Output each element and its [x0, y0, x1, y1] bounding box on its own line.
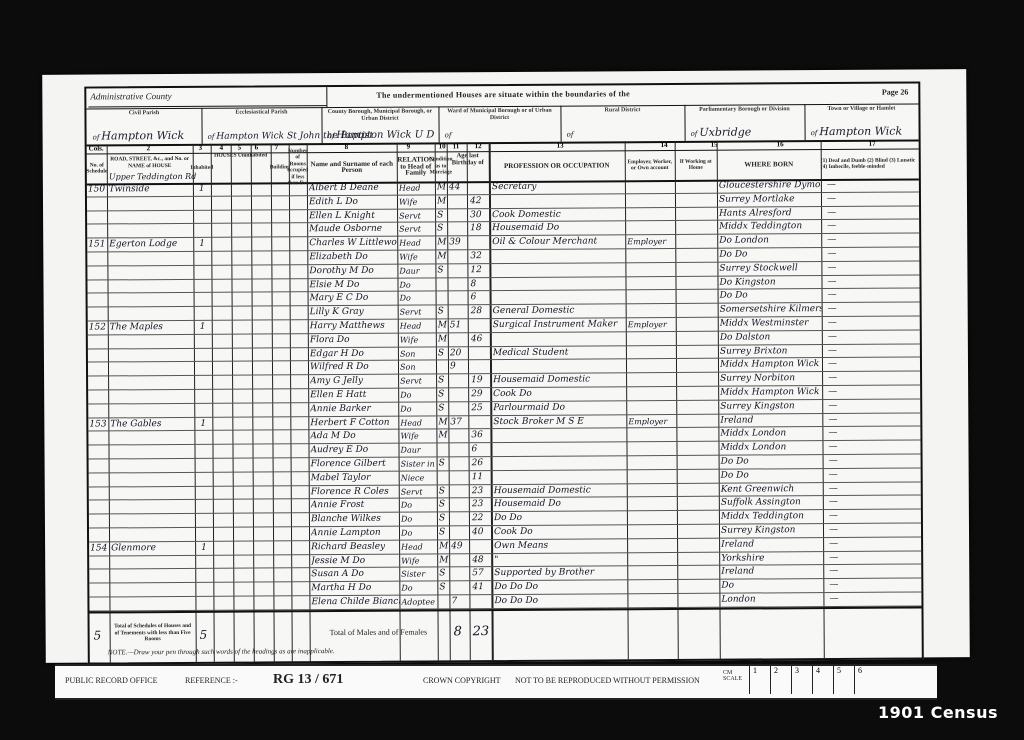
scale-mark: 1: [749, 666, 769, 694]
office-label: PUBLIC RECORD OFFICE: [65, 676, 157, 685]
cell-rel: Wife: [401, 554, 437, 566]
cell-rel: Do: [401, 499, 437, 511]
infirmity-dash: —: [827, 179, 836, 191]
cell-occ: ": [494, 553, 627, 566]
cell-born: Middx Teddington: [719, 220, 821, 233]
cell-born: Do London: [719, 234, 821, 247]
cell-name: Jessie M Do: [311, 554, 399, 567]
cell-inh: 1: [199, 238, 209, 250]
cell-name: Elsie M Do: [309, 278, 397, 291]
cell-male: 7: [451, 595, 469, 607]
cell-male: [450, 388, 468, 400]
cell-house: Glenmore: [111, 542, 195, 555]
cell-sched: [88, 280, 106, 292]
cell-occ: Own Means: [494, 539, 627, 552]
cell-house: [111, 500, 195, 513]
cell-inh: [200, 335, 210, 347]
cell-female: [470, 236, 488, 248]
cell-emp: [629, 497, 677, 509]
cell-name: Susan A Do: [311, 568, 399, 581]
cell-house: The Maples: [110, 321, 194, 334]
cell-house: The Gables: [110, 417, 194, 430]
cell-name: Annie Frost: [311, 499, 399, 512]
cell-name: Elizabeth Do: [309, 251, 397, 264]
cell-house: [110, 335, 194, 348]
cell-born: Surrey Kingston: [721, 524, 823, 537]
cell-inh: [199, 197, 209, 209]
cell-inh: [200, 376, 210, 388]
cell-rel: Sister: [401, 568, 437, 580]
cell-male: [450, 374, 468, 386]
cell-rel: Son: [400, 347, 436, 359]
cell-occ: Secretary: [492, 180, 625, 193]
cell-cond: S: [439, 568, 449, 580]
census-caption: 1901 Census: [878, 703, 998, 722]
cell-male: [451, 512, 469, 524]
cell-sched: [90, 570, 108, 582]
cell-female: 26: [472, 457, 490, 469]
cell-inh: [199, 224, 209, 236]
cell-sched: [88, 211, 106, 223]
cell-female: 48: [472, 554, 490, 566]
cell-house: [109, 252, 193, 265]
cell-male: [450, 443, 468, 455]
cell-occ: Surgical Instrument Maker: [493, 318, 626, 331]
cell-cond: S: [438, 306, 448, 318]
cell-born: Middx Hampton Wick: [720, 358, 822, 371]
infirmity-dash: —: [827, 234, 836, 246]
cell-inh: [200, 390, 210, 402]
cell-rel: Head: [399, 181, 435, 193]
cell-male: [450, 292, 468, 304]
cell-born: Middx Westminster: [720, 317, 822, 330]
cell-name: Martha H Do: [311, 582, 399, 595]
infirmity-dash: —: [829, 579, 838, 591]
cell-house: [110, 307, 194, 320]
cell-house: [109, 280, 193, 293]
scale-label: CM SCALE: [723, 670, 747, 682]
cell-rel: Adoptee: [401, 595, 437, 607]
cell-occ: Do Do Do: [494, 580, 627, 593]
cell-inh: 1: [199, 183, 209, 195]
cell-cond: M: [438, 416, 448, 428]
cell-inh: [201, 528, 211, 540]
cell-emp: [628, 401, 676, 413]
cell-rel: Niece: [401, 471, 437, 483]
cell-cond: M: [439, 540, 449, 552]
cell-male: [450, 333, 468, 345]
cell-rel: Do: [401, 582, 437, 594]
cell-female: [470, 181, 488, 193]
civil-parish: Civil Parish ofHampton Wick: [86, 108, 202, 145]
cell-occ: Housemaid Domestic: [493, 373, 626, 386]
cell-rel: Wife: [400, 333, 436, 345]
road-heading-value: Upper Teddington Rd: [109, 170, 197, 183]
cell-emp: [629, 456, 677, 468]
cell-cond: S: [439, 457, 449, 469]
cell-male: [451, 581, 469, 593]
cell-emp: Employer: [628, 415, 676, 427]
cell-sched: [88, 252, 106, 264]
cell-name: Dorothy M Do: [309, 264, 397, 277]
infirmity-dash: —: [828, 386, 837, 398]
cell-name: Florence R Coles: [311, 485, 399, 498]
cell-occ: Cook Do: [493, 387, 626, 400]
cell-female: 29: [471, 388, 489, 400]
cell-name: Mabel Taylor: [311, 471, 399, 484]
cell-occ: [492, 277, 625, 290]
cell-inh: [201, 459, 211, 471]
cell-cond: [439, 595, 449, 607]
cell-male: [451, 499, 469, 511]
cell-house: [109, 211, 193, 224]
cell-name: Wilfred R Do: [310, 361, 398, 374]
cell-female: 28: [471, 305, 489, 317]
cell-sched: [89, 363, 107, 375]
cell-rel: Head: [400, 416, 436, 428]
persons-label: Total of Males and of Females: [330, 627, 427, 637]
cell-cond: S: [437, 223, 447, 235]
cell-rel: Daur: [399, 264, 435, 276]
cell-occ: [493, 332, 626, 345]
cell-inh: [201, 583, 211, 595]
cell-occ: Stock Broker M S E: [493, 415, 626, 428]
cell-name: Florence Gilbert: [311, 458, 399, 471]
scale-mark: 6: [854, 666, 874, 694]
cell-born: Ireland: [721, 538, 823, 551]
cell-cond: S: [439, 499, 449, 511]
cell-female: [471, 347, 489, 359]
cell-name: Richard Beasley: [311, 540, 399, 553]
infirmity-dash: —: [827, 248, 836, 260]
infirmity-dash: —: [828, 358, 837, 370]
cell-rel: Servt: [400, 306, 436, 318]
cell-house: [109, 224, 193, 237]
cell-rel: Do: [400, 402, 436, 414]
boundary-text: The undermentioned Houses are situate wi…: [376, 89, 630, 100]
cell-female: 36: [471, 429, 489, 441]
cell-inh: [199, 266, 209, 278]
cell-sched: 150: [88, 183, 106, 195]
cell-female: 12: [470, 264, 488, 276]
reference-value: RG 13 / 671: [273, 672, 343, 688]
archive-footer: PUBLIC RECORD OFFICE REFERENCE :- RG 13 …: [55, 664, 937, 700]
cell-emp: Employer: [628, 318, 676, 330]
cell-born: Middx London: [720, 427, 822, 440]
cell-inh: [200, 431, 210, 443]
cell-name: Edgar H Do: [310, 347, 398, 360]
cell-sched: [90, 584, 108, 596]
infirmity-dash: —: [829, 510, 838, 522]
schedules-total: 5: [94, 629, 102, 641]
cell-emp: [629, 525, 677, 537]
cell-sched: [90, 501, 108, 513]
cell-female: 42: [470, 195, 488, 207]
cell-born: Somersetshire Kilmersdon: [720, 303, 822, 316]
cell-male: [450, 402, 468, 414]
cell-house: [110, 445, 194, 458]
cell-cond: M: [438, 430, 448, 442]
scale-mark: 3: [791, 666, 811, 694]
cell-sched: [90, 459, 108, 471]
cell-name: Ellen E Hatt: [310, 389, 398, 402]
cell-female: 41: [472, 581, 490, 593]
cell-name: Edith L Do: [309, 195, 397, 208]
census-form: Administrative County The undermentioned…: [84, 81, 924, 664]
cell-born: Do Kingston: [719, 276, 821, 289]
cell-rel: Head: [399, 237, 435, 249]
cell-name: Amy G Jelly: [310, 375, 398, 388]
cell-male: 49: [451, 540, 469, 552]
cell-inh: [200, 307, 210, 319]
cell-sched: [88, 197, 106, 209]
cell-sched: [89, 349, 107, 361]
cell-inh: [200, 404, 210, 416]
ecclesiastical-parish: Ecclesiastical Parish ofHampton Wick St …: [201, 107, 322, 144]
cell-inh: 1: [200, 321, 210, 333]
cell-male: [451, 554, 469, 566]
cell-cond: S: [438, 375, 448, 387]
cell-inh: 1: [201, 542, 211, 554]
cell-occ: Housemaid Do: [492, 222, 625, 235]
cell-rel: Wife: [399, 250, 435, 262]
cell-emp: [629, 539, 677, 551]
cell-male: [449, 264, 467, 276]
cell-inh: [199, 210, 209, 222]
cell-male: 44: [449, 181, 467, 193]
cell-house: [110, 362, 194, 375]
cell-house: [111, 597, 195, 610]
cell-male: [450, 430, 468, 442]
cell-female: [471, 360, 489, 372]
cell-cond: S: [438, 402, 448, 414]
males-total: 8: [454, 625, 462, 637]
cell-rel: Do: [401, 526, 437, 538]
cell-rel: Head: [401, 540, 437, 552]
infirmity-dash: —: [827, 220, 836, 232]
cell-emp: [629, 553, 677, 565]
cell-sched: [89, 377, 107, 389]
cell-female: 40: [472, 526, 490, 538]
rural-district: Rural District of: [560, 105, 685, 142]
cell-cond: M: [437, 195, 447, 207]
cell-female: 19: [471, 374, 489, 386]
cell-cond: S: [439, 526, 449, 538]
cell-occ: [492, 249, 625, 262]
cell-born: Surrey Norbiton: [720, 372, 822, 385]
cell-cond: M: [437, 181, 447, 193]
cell-cond: M: [438, 333, 448, 345]
cell-female: 30: [470, 209, 488, 221]
cell-occ: Oil & Colour Merchant: [492, 235, 625, 248]
cell-name: Audrey E Do: [310, 444, 398, 457]
cell-born: London: [721, 593, 823, 606]
cell-house: [109, 266, 193, 279]
cell-emp: [628, 290, 676, 302]
cell-occ: [492, 263, 625, 276]
cell-name: Albert B Deane: [309, 182, 397, 195]
cell-born: Surrey Brixton: [720, 345, 822, 358]
cell-male: 20: [450, 347, 468, 359]
cell-rel: Servt: [400, 375, 436, 387]
cell-name: Flora Do: [310, 333, 398, 346]
cell-male: [451, 457, 469, 469]
cell-emp: [628, 428, 676, 440]
cell-cond: M: [437, 250, 447, 262]
cell-cond: M: [438, 319, 448, 331]
permission-label: NOT TO BE REPRODUCED WITHOUT PERMISSION: [515, 676, 700, 685]
cell-born: Ireland: [720, 414, 822, 427]
cell-cond: S: [437, 209, 447, 221]
cell-house: [111, 528, 195, 541]
cell-rel: Servt: [401, 485, 437, 497]
infirmity-dash: —: [829, 565, 838, 577]
cell-occ: Do Do Do: [494, 594, 627, 607]
infirmity-dash: —: [827, 207, 836, 219]
cell-house: [111, 555, 195, 568]
urban-district: County Borough, Municipal Borough, or Ur…: [321, 106, 439, 143]
cell-cond: M: [437, 237, 447, 249]
cell-inh: 1: [200, 417, 210, 429]
infirmity-dash: —: [829, 455, 838, 467]
cell-house: Egerton Lodge: [109, 238, 193, 251]
cell-emp: [628, 346, 676, 358]
cell-emp: [627, 277, 675, 289]
cell-house: [111, 583, 195, 596]
cell-sched: [90, 528, 108, 540]
cell-name: Elena Childe Bianchi: [311, 596, 399, 609]
cell-cond: S: [439, 513, 449, 525]
cell-female: 25: [471, 402, 489, 414]
cell-female: 23: [472, 498, 490, 510]
cell-occ: Supported by Brother: [494, 567, 627, 580]
cell-emp: [628, 387, 676, 399]
cell-male: 37: [450, 416, 468, 428]
cell-sched: [90, 515, 108, 527]
cell-male: [449, 209, 467, 221]
cell-emp: [628, 373, 676, 385]
cell-born: Ireland: [721, 565, 823, 578]
cell-house: [111, 486, 195, 499]
cell-sched: [89, 404, 107, 416]
cell-female: 18: [470, 222, 488, 234]
infirmity-dash: —: [828, 345, 837, 357]
cell-inh: [200, 362, 210, 374]
cell-rel: Daur: [400, 444, 436, 456]
cell-female: 57: [472, 567, 490, 579]
cell-cond: [438, 444, 448, 456]
cell-rel: Do: [400, 388, 436, 400]
cell-house: [111, 459, 195, 472]
cell-sched: [89, 446, 107, 458]
cell-born: Middx Teddington: [721, 510, 823, 523]
cell-name: Mary E C Do: [310, 292, 398, 305]
cell-occ: Parlourmaid Do: [493, 401, 626, 414]
cell-cond: S: [439, 485, 449, 497]
infirmity-dash: —: [829, 538, 838, 550]
cell-occ: Cook Domestic: [492, 208, 625, 221]
reference-label: REFERENCE :-: [185, 676, 238, 685]
cell-name: Annie Barker: [310, 402, 398, 415]
cell-cond: [437, 278, 447, 290]
females-total: 23: [473, 625, 490, 637]
town-village: Town or Village or Hamlet ofHampton Wick: [804, 103, 918, 140]
cell-rel: Son: [400, 361, 436, 373]
cell-name: Ellen L Knight: [309, 209, 397, 222]
cell-sched: 151: [88, 239, 106, 251]
cell-cond: S: [439, 582, 449, 594]
cell-house: [110, 349, 194, 362]
cell-rel: Servt: [399, 209, 435, 221]
cell-male: [450, 305, 468, 317]
cell-male: 39: [449, 236, 467, 248]
cell-born: Do: [721, 579, 823, 592]
scale-mark: 5: [833, 666, 853, 694]
cell-female: [471, 416, 489, 428]
cell-cond: S: [438, 347, 448, 359]
cell-name: Ada M Do: [310, 430, 398, 443]
cell-name: Maude Osborne: [309, 223, 397, 236]
cell-cond: [439, 471, 449, 483]
cell-female: 8: [470, 278, 488, 290]
cell-sched: [89, 335, 107, 347]
cell-female: 6: [471, 291, 489, 303]
cell-female: 22: [472, 512, 490, 524]
cell-inh: [200, 445, 210, 457]
cell-female: 6: [471, 443, 489, 455]
cell-inh: [201, 514, 211, 526]
cell-rel: Do: [400, 292, 436, 304]
cell-emp: [627, 180, 675, 192]
cell-name: Blanche Wilkes: [311, 513, 399, 526]
cell-occ: Do Do: [494, 511, 627, 524]
cell-male: [451, 526, 469, 538]
cell-cond: [438, 361, 448, 373]
infirmity-dash: —: [829, 469, 838, 481]
cell-occ: [493, 291, 626, 304]
cell-sched: [89, 432, 107, 444]
copyright-label: CROWN COPYRIGHT: [423, 676, 501, 685]
cell-female: 32: [470, 250, 488, 262]
cell-born: Yorkshire: [721, 552, 823, 565]
cell-house: Twinside: [109, 183, 193, 196]
cell-female: [472, 540, 490, 552]
admin-county-label: Administrative County: [90, 91, 171, 101]
cell-occ: [492, 194, 625, 207]
cell-occ: General Domestic: [493, 304, 626, 317]
cell-male: [449, 195, 467, 207]
cell-inh: [200, 293, 210, 305]
cell-name: Charles W Littlewood: [309, 237, 397, 250]
cell-male: [449, 250, 467, 262]
scale-mark: 2: [770, 666, 790, 694]
infirmity-dash: —: [828, 400, 837, 412]
cell-born: Surrey Stockwell: [719, 262, 821, 275]
page-number: Page 26: [882, 88, 908, 97]
cell-name: Lilly K Gray: [310, 306, 398, 319]
cell-occ: Medical Student: [493, 346, 626, 359]
ward: Ward of Municipal Borough or of Urban Di…: [438, 106, 561, 143]
scale-mark: 4: [812, 666, 832, 694]
infirmity-dash: —: [828, 427, 837, 439]
infirmity-dash: —: [828, 317, 837, 329]
cell-rel: Wife: [400, 430, 436, 442]
cell-emp: [629, 511, 677, 523]
cell-born: Surrey Mortlake: [719, 193, 821, 206]
cell-rel: Do: [399, 278, 435, 290]
cell-rel: Sister in Law: [401, 457, 437, 469]
cell-occ: [493, 360, 626, 373]
